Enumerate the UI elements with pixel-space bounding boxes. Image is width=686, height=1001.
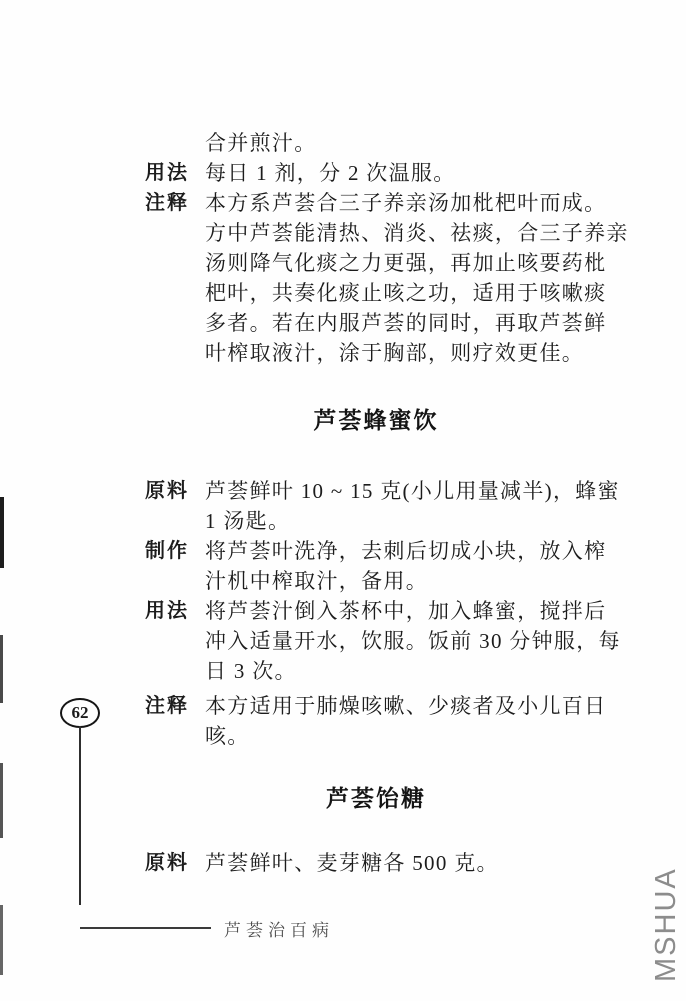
text-line: 1 汤匙。: [205, 506, 630, 536]
entry-note: 注释 本方适用于肺燥咳嗽、少痰者及小儿百日 咳。: [145, 691, 630, 751]
entry-preparation: 制作 将芦荟叶洗净，去刺后切成小块，放入榨 汁机中榨取汁，备用。: [145, 536, 630, 596]
text-line: 本方适用于肺燥咳嗽、少痰者及小儿百日: [205, 691, 630, 721]
text-line: 多者。若在内服芦荟的同时，再取芦荟鲜: [205, 308, 630, 338]
watermark-text: MSHUA: [650, 872, 684, 982]
scan-artifact: [0, 763, 3, 838]
text-line: 冲入适量开水，饮服。饭前 30 分钟服，每: [205, 626, 630, 656]
footer-book-title: 芦荟治百病: [224, 916, 334, 941]
text-line: 方中芦荟能清热、消炎、祛痰，合三子养亲: [205, 218, 630, 248]
text-line: 叶榨取液汁，涂于胸部，则疗效更佳。: [205, 338, 630, 368]
recipe-title-maltose: 芦荟饴糖: [145, 780, 607, 813]
entry-label-usage: 用法: [145, 596, 205, 626]
text-line: 咳。: [205, 721, 630, 751]
entry-label-preparation: 制作: [145, 536, 205, 566]
text-line: 将芦荟叶洗净，去刺后切成小块，放入榨: [205, 536, 630, 566]
text-line: 芦荟鲜叶、麦芽糖各 500 克。: [205, 848, 630, 878]
text-line: 芦荟鲜叶 10 ~ 15 克(小儿用量减半)，蜂蜜: [205, 476, 630, 506]
entry-label-ingredients: 原料: [145, 848, 205, 878]
entry-label-usage: 用法: [145, 158, 205, 188]
entry-label-note: 注释: [145, 691, 205, 721]
entry-label-ingredients: 原料: [145, 476, 205, 506]
text-line: 将芦荟汁倒入茶杯中，加入蜂蜜，搅拌后: [205, 596, 630, 626]
entry-note: 注释 本方系芦荟合三子养亲汤加枇杷叶而成。 方中芦荟能清热、消炎、祛痰，合三子养…: [145, 188, 630, 368]
scan-artifact: [0, 635, 3, 703]
text-line: 合并煎汁。: [205, 128, 630, 158]
recipe-honey-block: 原料 芦荟鲜叶 10 ~ 15 克(小儿用量减半)，蜂蜜 1 汤匙。 制作 将芦…: [145, 476, 630, 751]
recipe-title-honey-drink: 芦荟蜂蜜饮: [145, 402, 607, 435]
page-number-badge: 62: [60, 698, 100, 728]
entry-ingredients: 原料 芦荟鲜叶 10 ~ 15 克(小儿用量减半)，蜂蜜 1 汤匙。: [145, 476, 630, 536]
page-number: 62: [72, 703, 89, 723]
book-page: 合并煎汁。 用法 每日 1 剂，分 2 次温服。 注释 本方系芦荟合三子养亲汤加…: [0, 0, 686, 1001]
scan-artifact: [0, 905, 3, 975]
recipe-end-block: 合并煎汁。 用法 每日 1 剂，分 2 次温服。 注释 本方系芦荟合三子养亲汤加…: [145, 128, 630, 368]
entry-label-note: 注释: [145, 188, 205, 218]
footer-rule: [80, 927, 211, 929]
text-line: 每日 1 剂，分 2 次温服。: [205, 158, 630, 188]
entry-usage: 用法 将芦荟汁倒入茶杯中，加入蜂蜜，搅拌后 冲入适量开水，饮服。饭前 30 分钟…: [145, 596, 630, 686]
text-line: 汤则降气化痰之力更强，再加止咳要药枇: [205, 248, 630, 278]
entry-ingredients: 原料 芦荟鲜叶、麦芽糖各 500 克。: [145, 848, 630, 878]
page-number-stem-line: [79, 726, 81, 905]
entry-usage: 用法 每日 1 剂，分 2 次温服。: [145, 158, 630, 188]
text-line: 汁机中榨取汁，备用。: [205, 566, 630, 596]
entry-continuation: 合并煎汁。: [145, 128, 630, 158]
text-line: 杷叶，共奏化痰止咳之功，适用于咳嗽痰: [205, 278, 630, 308]
text-line: 本方系芦荟合三子养亲汤加枇杷叶而成。: [205, 188, 630, 218]
recipe-maltose-block: 原料 芦荟鲜叶、麦芽糖各 500 克。: [145, 848, 630, 878]
text-line: 日 3 次。: [205, 656, 630, 686]
scan-artifact: [0, 497, 4, 568]
